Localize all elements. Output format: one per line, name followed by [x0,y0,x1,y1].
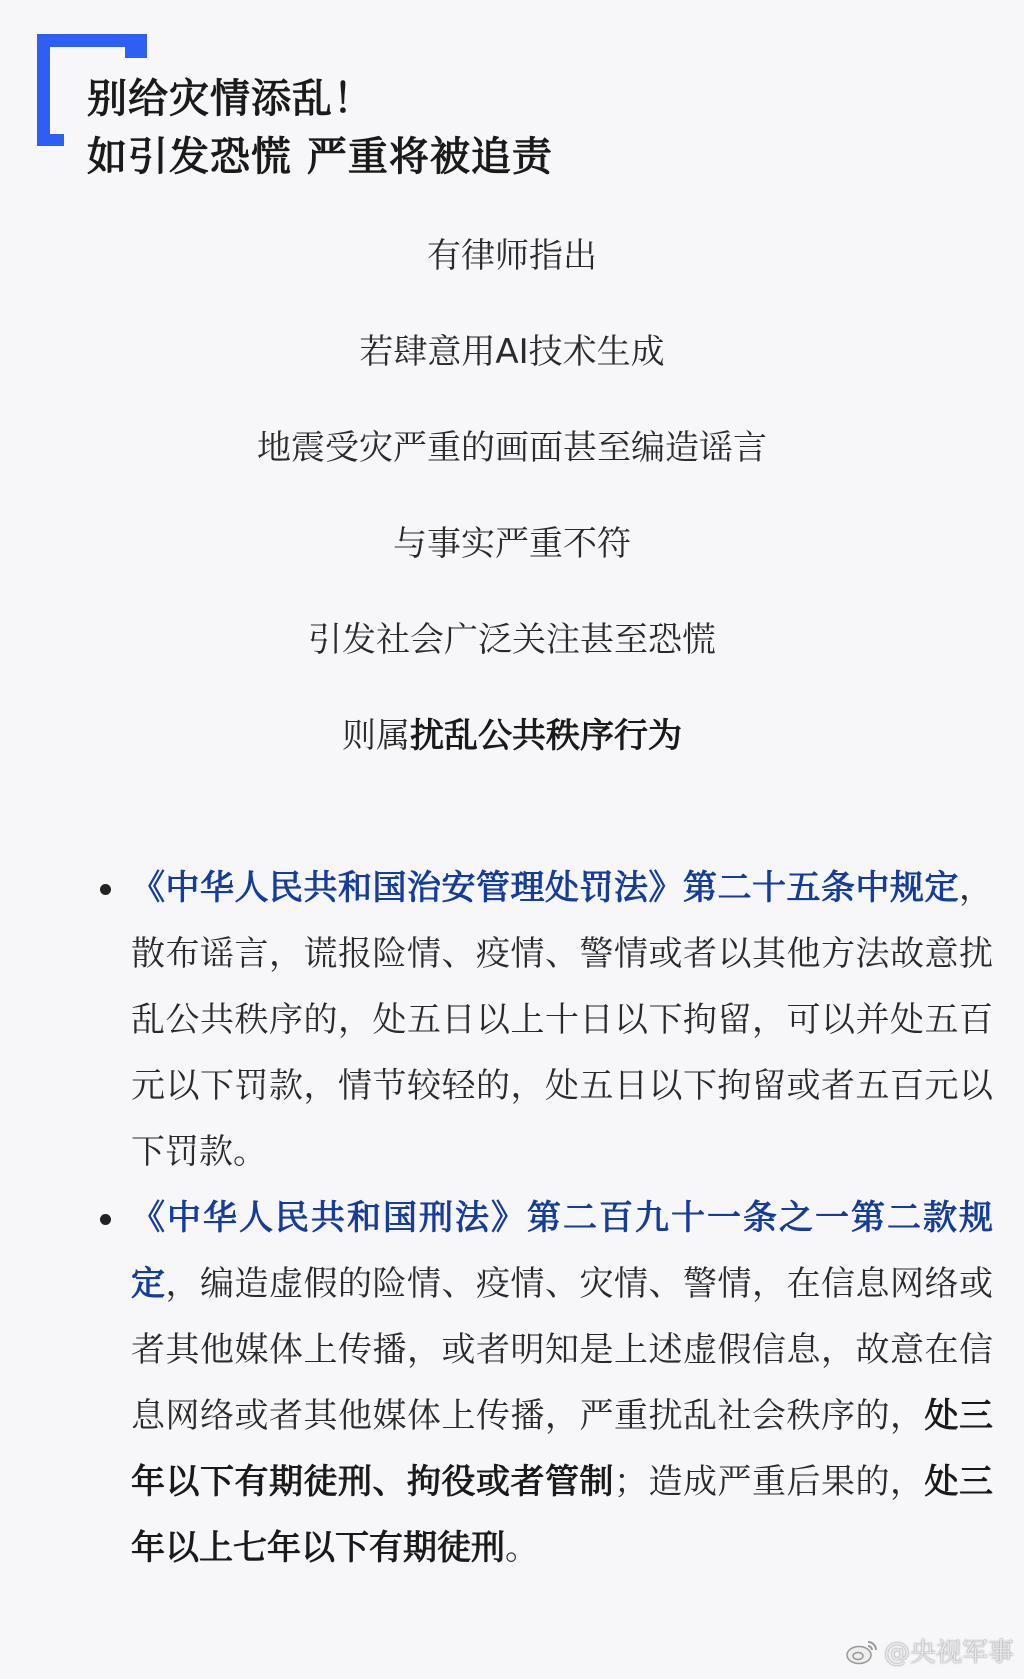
law-bullet-list: 《中华人民共和国治安管理处罚法》第二十五条中规定，散布谣言，谎报险情、疫情、警情… [98,855,993,1581]
bracket-left [37,34,50,146]
bracket-top-tab [125,34,147,58]
headline-line-1: 别给灾情添乱！ [87,70,553,128]
law-bullet-criminal: 《中华人民共和国刑法》第二百九十一条之一第二款规定，编造虚假的险情、疫情、灾情、… [98,1185,993,1581]
watermark-handle: @央视军事 [884,1632,1014,1669]
law-text-part-c: 。 [505,1528,539,1568]
headline: 别给灾情添乱！ 如引发恐慌 严重将被追责 [87,70,553,186]
law-reference: 《中华人民共和国治安管理处罚法》第二十五条中规定 [131,868,959,908]
intro-line-6-emphasis: 扰乱公共秩序行为 [410,716,682,756]
bullet-dot-icon [100,1214,111,1225]
intro-line-3: 地震受灾严重的画面甚至编造谣言 [0,420,1024,469]
bullet-dot-icon [100,884,111,895]
intro-line-5: 引发社会广泛关注甚至恐慌 [0,612,1024,661]
law-text-part-a: ，编造虚假的险情、疫情、灾情、警情，在信息网络或者其他媒体上传播，或者明知是上述… [131,1264,993,1436]
law-bullet-public-security: 《中华人民共和国治安管理处罚法》第二十五条中规定，散布谣言，谎报险情、疫情、警情… [98,855,993,1185]
law-text: ，散布谣言，谎报险情、疫情、警情或者以其他方法故意扰乱公共秩序的，处五日以上十日… [131,868,993,1172]
intro-line-2: 若肆意用AI技术生成 [0,324,1024,373]
intro-line-4: 与事实严重不符 [0,516,1024,565]
law-text-part-b: ；造成严重后果的， [614,1462,925,1502]
intro-line-6: 则属扰乱公共秩序行为 [0,708,1024,757]
weibo-icon [846,1637,880,1665]
intro-line-6-prefix: 则属 [342,716,410,756]
bracket-bottom [37,134,64,146]
watermark: @央视军事 [846,1632,1014,1669]
intro-line-1: 有律师指出 [0,228,1024,277]
headline-line-2: 如引发恐慌 严重将被追责 [87,128,553,186]
